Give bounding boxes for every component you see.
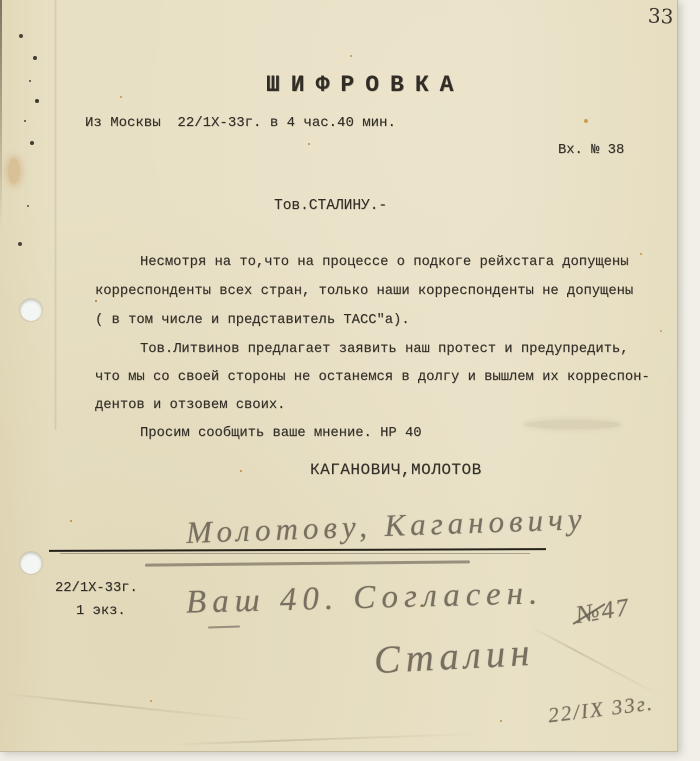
document-title: ШИФРОВКА bbox=[266, 72, 464, 98]
body-line: дентов и отзовем своих. bbox=[95, 398, 285, 413]
footer-copies: 1 экз. bbox=[76, 604, 126, 619]
paper-stains bbox=[0, 0, 2, 2]
body-line: Несмотря на то,что на процессе о подкоге… bbox=[140, 255, 629, 270]
bottom-crease bbox=[1, 692, 260, 721]
body-line: что мы со своей стороны не останемся в д… bbox=[95, 370, 650, 385]
handwritten-resolution: Ваш 40. Согласен. bbox=[186, 575, 544, 621]
typed-signature: КАГАНОВИЧ,МОЛОТОВ bbox=[310, 461, 482, 479]
scanned-telegram-page: ШИФРОВКА Из Москвы 22/1Х-33г. в 4 час.40… bbox=[0, 0, 700, 761]
punch-hole-bottom bbox=[20, 552, 42, 574]
addressee-line: Тов.СТАЛИНУ.- bbox=[274, 198, 387, 214]
incoming-number-stamp: Вх. № 38 bbox=[558, 143, 624, 158]
resolution-underline bbox=[208, 625, 240, 628]
origin-date-line: Из Москвы 22/1Х-33г. в 4 час.40 мин. bbox=[85, 115, 396, 131]
punch-hole-top bbox=[20, 299, 42, 321]
separator-rule-doublestrike bbox=[60, 553, 530, 554]
pencil-smudge bbox=[525, 420, 620, 429]
archival-page-number: 33 bbox=[647, 3, 674, 28]
separator-rule bbox=[49, 548, 546, 552]
vertical-fold-crease bbox=[54, 0, 57, 430]
footer-date: 22/1Х-33г. bbox=[55, 581, 138, 596]
paper-sheet: ШИФРОВКА Из Москвы 22/1Х-33г. в 4 час.40… bbox=[0, 0, 678, 752]
body-line: корреспонденты всех стран, только наши к… bbox=[95, 284, 633, 299]
pencil-underline bbox=[145, 560, 470, 566]
handwritten-date-note: 22/IX 33г. bbox=[547, 691, 655, 729]
rust-stain bbox=[8, 158, 20, 184]
body-line: Тов.Литвинов предлагает заявить наш прот… bbox=[140, 342, 629, 357]
body-line: ( в том числе и представитель ТАСС"а). bbox=[95, 313, 410, 328]
body-line: Просим сообщить ваше мнение. НР 40 bbox=[140, 426, 422, 441]
stalin-signature: Сталин bbox=[373, 630, 536, 683]
bottom-crease-2 bbox=[170, 732, 490, 745]
handwritten-forwarding-note: Молотову, Кагановичу bbox=[185, 501, 587, 551]
handwritten-crossed-number: №47 bbox=[574, 594, 632, 630]
left-edge-shadow bbox=[0, 0, 2, 230]
corner-crease bbox=[528, 625, 661, 697]
